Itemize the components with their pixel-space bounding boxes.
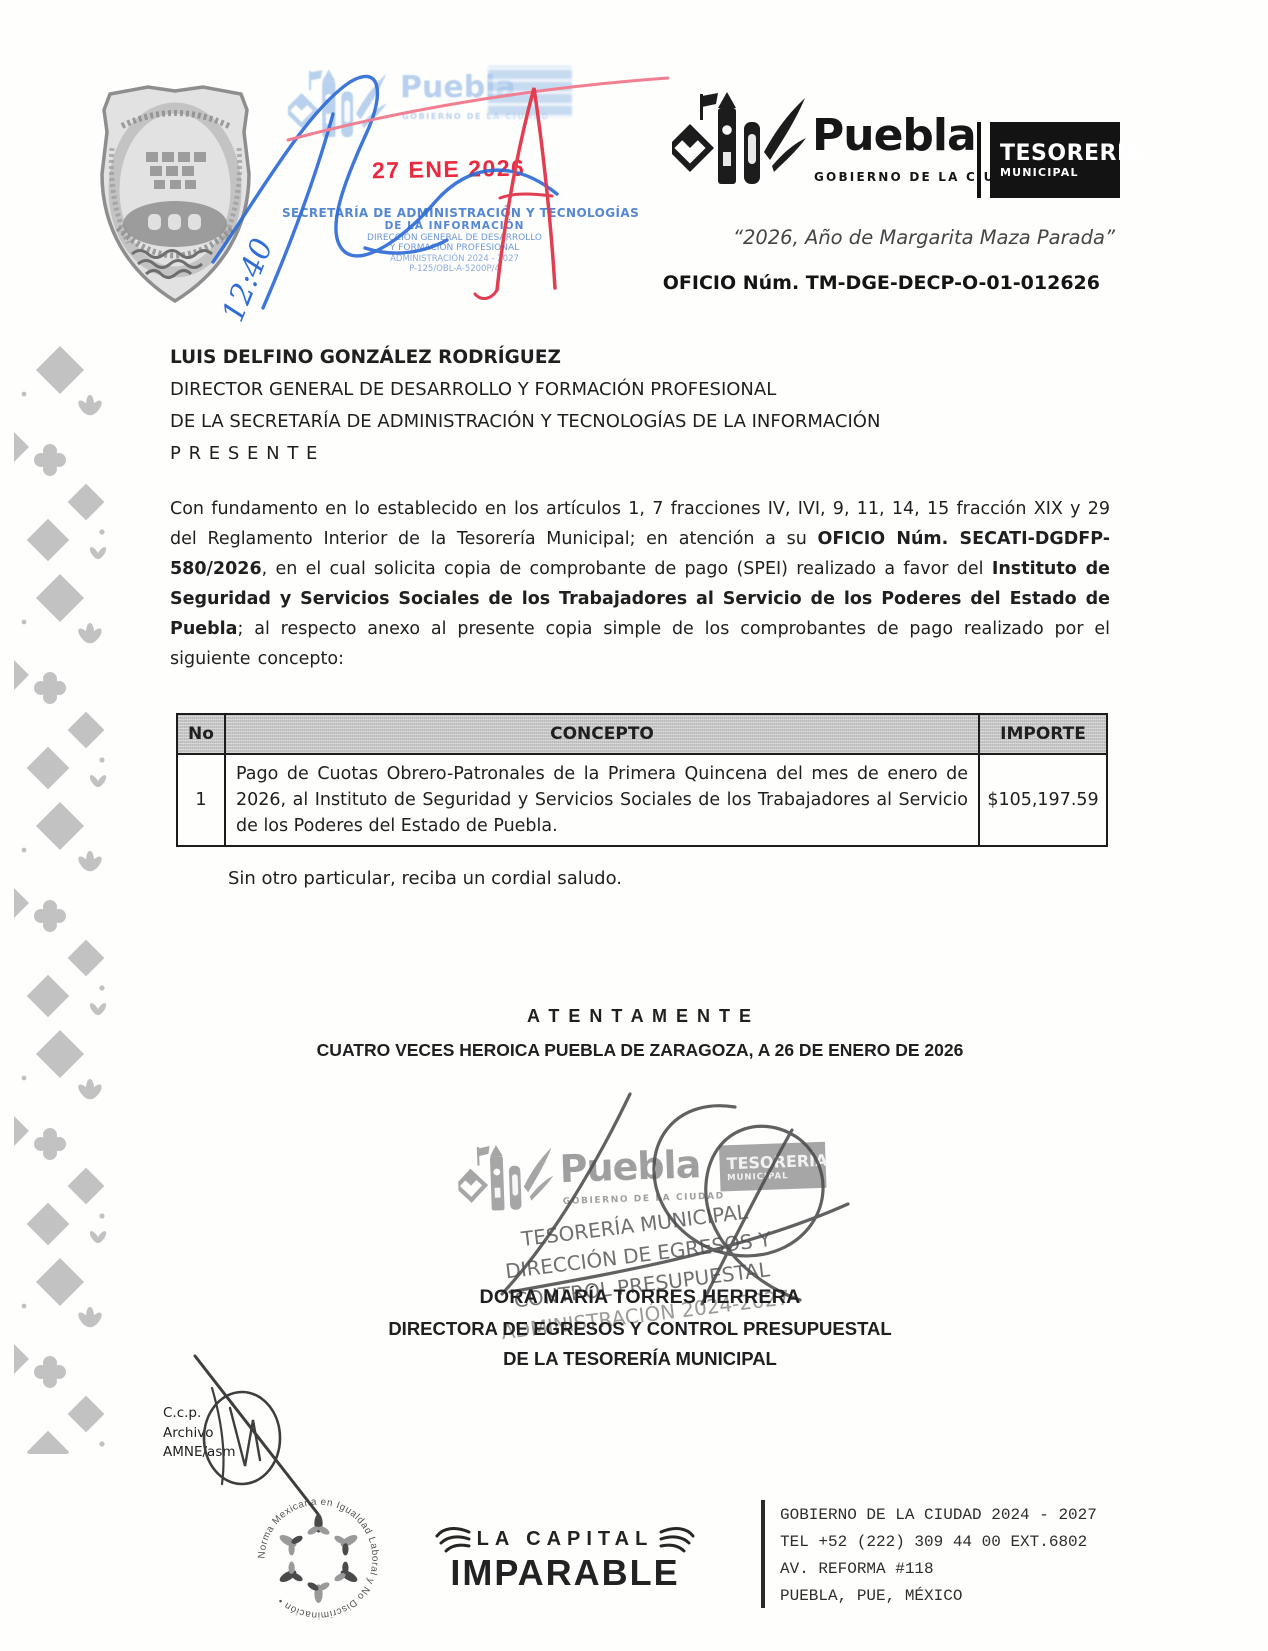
year-motto: “2026, Año de Margarita Maza Parada”	[600, 226, 1115, 249]
cell-importe: $105,197.59	[979, 754, 1107, 846]
signature-ink	[480, 1082, 860, 1317]
place-date-line: CUATRO VECES HEROICA PUEBLA DE ZARAGOZA,…	[170, 1040, 1110, 1061]
oficio-number: OFICIO Núm. TM-DGE-DECP-O-01-012626	[600, 272, 1100, 294]
farewell-line: Sin otro particular, reciba un cordial s…	[228, 868, 622, 889]
body-paragraph: Con fundamento en lo establecido en los …	[170, 494, 1110, 674]
tesoreria-municipal-badge: TESORERÍA MUNICIPAL	[990, 122, 1120, 198]
address-line3: AV. REFORMA #118	[780, 1556, 1097, 1583]
footer-address: GOBIERNO DE LA CIUDAD 2024 - 2027 TEL +5…	[780, 1502, 1097, 1610]
ccp-signature-ink	[150, 1350, 350, 1520]
signatory-title2: DE LA TESORERÍA MUNICIPAL	[170, 1348, 1110, 1370]
address-line2: TEL +52 (222) 309 44 00 EXT.6802	[780, 1529, 1097, 1556]
header-concepto: CONCEPTO	[225, 714, 979, 754]
addressee-block: LUIS DELFINO GONZÁLEZ RODRÍGUEZ DIRECTOR…	[170, 342, 880, 470]
addressee-title2: DE LA SECRETARÍA DE ADMINISTRACIÓN Y TEC…	[170, 406, 880, 438]
table-header-row: No CONCEPTO IMPORTE	[177, 714, 1107, 754]
puebla-tesoreria-logo: Puebla GOBIERNO DE LA CIUDAD TESORERÍA M…	[672, 88, 1122, 204]
atentamente-heading: A T E N T A M E N T E	[170, 1006, 1110, 1027]
body-seg3: , en el cual solicita copia de comproban…	[262, 559, 992, 579]
scanned-oficio-document: Puebla GOBIERNO DE LA CIUDAD 27 ENE 2026…	[0, 0, 1268, 1651]
puebla-wordmark: Puebla	[812, 110, 976, 161]
addressee-title1: DIRECTOR GENERAL DE DESARROLLO Y FORMACI…	[170, 374, 880, 406]
badge-line2: MUNICIPAL	[1000, 166, 1120, 179]
wing-right-icon	[659, 1524, 695, 1554]
addressee-name: LUIS DELFINO GONZÁLEZ RODRÍGUEZ	[170, 342, 880, 374]
body-seg5: ; al respecto anexo al presente copia si…	[170, 619, 1110, 669]
badge-line1: TESORERÍA	[1000, 141, 1120, 166]
logo-divider	[977, 122, 981, 198]
footer-divider	[761, 1500, 765, 1608]
signatory-title1: DIRECTORA DE EGRESOS Y CONTROL PRESUPUES…	[170, 1318, 1110, 1340]
la-capital-imparable-logo: LA CAPITAL IMPARABLE	[400, 1524, 730, 1594]
capital-line2: IMPARABLE	[400, 1552, 730, 1594]
left-ornament-pattern	[14, 336, 112, 1454]
wing-left-icon	[435, 1524, 471, 1554]
payments-table: No CONCEPTO IMPORTE 1 Pago de Cuotas Obr…	[176, 713, 1108, 847]
cell-no: 1	[177, 754, 225, 846]
addressee-presente: P R E S E N T E	[170, 438, 880, 470]
nmx-hexagon-motif	[274, 1514, 363, 1603]
signatory-name: DORA MARÍA TORRES HERRERA	[170, 1286, 1110, 1309]
cell-concepto: Pago de Cuotas Obrero-Patronales de la P…	[225, 754, 979, 846]
table-row: 1 Pago de Cuotas Obrero-Patronales de la…	[177, 754, 1107, 846]
red-ink-marks	[270, 48, 680, 303]
header-importe: IMPORTE	[979, 714, 1107, 754]
header-no: No	[177, 714, 225, 754]
puebla-monuments-icon	[672, 90, 807, 196]
capital-line1: LA CAPITAL	[477, 1528, 654, 1551]
address-line1: GOBIERNO DE LA CIUDAD 2024 - 2027	[780, 1502, 1097, 1529]
address-line4: PUEBLA, PUE, MÉXICO	[780, 1583, 1097, 1610]
